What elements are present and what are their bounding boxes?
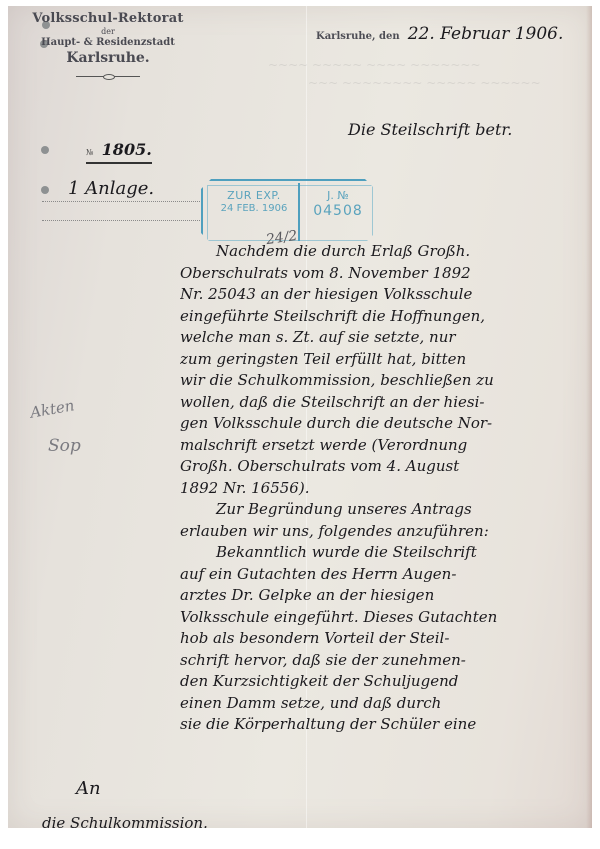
ornament-divider: [76, 76, 140, 77]
body-line: Zur Begründung unseres Antrags: [180, 499, 600, 521]
stamp-exp-label: ZUR EXP.: [213, 189, 295, 202]
enclosure-note: 1 Anlage.: [68, 178, 154, 199]
dotted-rule: [42, 220, 202, 221]
dotted-rule: [42, 201, 202, 202]
body-line: Bekanntlich wurde die Steilschrift: [180, 542, 600, 564]
stamp-exp-date: 24 FEB. 1906: [213, 203, 295, 214]
punch-hole: [41, 186, 49, 194]
letterhead: Volksschul-Rektorat der Haupt- & Residen…: [28, 11, 188, 77]
letter-page: ~~~~ ~~~~~ ~~~~ ~~~~~~~ ~~~ ~~~~~~~~ ~~~…: [8, 6, 592, 828]
body-line: wollen, daß die Steilschrift an der hies…: [180, 392, 600, 414]
body-line: Großh. Oberschulrats vom 4. August: [180, 456, 600, 478]
body-line: eingeführte Steilschrift die Hoffnungen,: [180, 306, 600, 328]
margin-note-pencil: Sop: [48, 436, 81, 456]
body-line: Nr. 25043 an der hiesigen Volksschule: [180, 284, 600, 306]
body-line: 1892 Nr. 16556).: [180, 478, 600, 500]
body-line: zum geringsten Teil erfüllt hat, bitten: [180, 349, 600, 371]
body-line: schrift hervor, daß sie der zunehmen-: [180, 650, 600, 672]
body-line: arztes Dr. Gelpke an der hiesigen: [180, 585, 600, 607]
place-label: Karlsruhe, den: [316, 31, 400, 42]
body-line: Volksschule eingeführt. Dieses Gutachten: [180, 607, 600, 629]
addressee-recipient: die Schulkommission.: [42, 814, 208, 832]
body-line: auf ein Gutachten des Herrn Augen-: [180, 564, 600, 586]
letterhead-office: Volksschul-Rektorat: [28, 11, 188, 26]
stamp-journal-label: J. №: [303, 189, 373, 202]
letterhead-city-type: Haupt- & Residenzstadt: [28, 37, 188, 48]
subject-line: Die Steilschrift betr.: [348, 120, 512, 139]
body-line: gen Volksschule durch die deutsche Nor-: [180, 413, 600, 435]
body-line: erlauben wir uns, folgendes anzuführen:: [180, 521, 600, 543]
body-line: malschrift ersetzt werde (Verordnung: [180, 435, 600, 457]
stamp-journal-number: 04508: [303, 203, 373, 219]
date-value: 22. Februar 1906.: [408, 24, 564, 44]
bleed-through-text: ~~~~ ~~~~~ ~~~~ ~~~~~~~: [268, 58, 481, 72]
stamp-journal: J. № 04508: [303, 189, 373, 219]
reference-number: № 1805.: [86, 140, 152, 159]
letterhead-city: Karlsruhe.: [28, 50, 188, 66]
place-date: Karlsruhe, den 22. Februar 1906.: [316, 24, 563, 44]
bleed-through-text: ~~~ ~~~~~~~~ ~~~~~ ~~~~~~: [308, 76, 541, 90]
body-line: wir die Schulkommission, beschließen zu: [180, 370, 600, 392]
body-line: den Kurzsichtigkeit der Schuljugend: [180, 671, 600, 693]
body-line: einen Damm setze, und daß durch: [180, 693, 600, 715]
addressee-an: An: [76, 778, 101, 799]
margin-note-pencil: Akten: [29, 396, 76, 421]
body-line: hob als besondern Vorteil der Steil-: [180, 628, 600, 650]
body-line: Nachdem die durch Erlaß Großh.: [180, 241, 600, 263]
letter-body: Nachdem die durch Erlaß Großh. Oberschul…: [180, 241, 600, 736]
body-line: Oberschulrats vom 8. November 1892: [180, 263, 600, 285]
body-line: sie die Körperhaltung der Schüler eine: [180, 714, 600, 736]
letterhead-der: der: [28, 27, 188, 36]
number-sign: №: [86, 148, 94, 157]
punch-hole: [41, 146, 49, 154]
stamp-divider: [298, 183, 300, 241]
reference-underline: [86, 162, 152, 164]
body-line: welche man s. Zt. auf sie setzte, nur: [180, 327, 600, 349]
reference-number-value: 1805.: [102, 140, 152, 159]
stamp-expedition: ZUR EXP. 24 FEB. 1906: [213, 189, 295, 214]
